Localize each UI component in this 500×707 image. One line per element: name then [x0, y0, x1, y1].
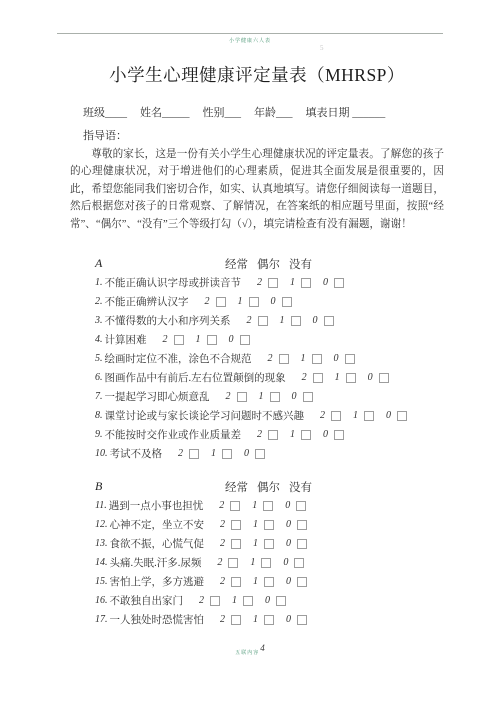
questionnaire-item-row: 3.不懂得数的大小和序列关系 210 — [95, 311, 444, 330]
section-letter: B — [95, 479, 225, 494]
checkbox-never[interactable] — [282, 297, 292, 307]
item-number: 3. — [95, 315, 103, 326]
checkbox-occasionally[interactable] — [207, 335, 217, 345]
form-field-blank: ____ — [105, 107, 127, 119]
rating-value: 0 — [283, 557, 288, 568]
checkbox-often[interactable] — [258, 316, 268, 326]
rating-option-occasionally: 1 — [280, 315, 301, 326]
checkbox-often[interactable] — [268, 278, 278, 288]
rating-option-often: 2 — [226, 391, 247, 402]
rating-value: 0 — [229, 334, 234, 345]
section-letter: A — [95, 256, 225, 271]
item-label: 8.课堂讨论或与家长谈论学习问题时不感兴趣 — [95, 408, 304, 423]
rating-value: 0 — [334, 353, 339, 364]
item-label: 9.不能按时交作业或作业质量差 — [95, 427, 241, 442]
rating-value: 1 — [280, 315, 285, 326]
rating-value: 2 — [163, 334, 168, 345]
rating-value: 2 — [220, 538, 225, 549]
item-label: 15.害怕上学，多方逃避 — [95, 574, 204, 589]
item-text: 食欲不振，心慌气促 — [110, 536, 205, 551]
column-header-occasionally: 偶尔 — [257, 479, 280, 495]
rating-value: 0 — [286, 519, 291, 530]
rating-options: 210 — [220, 576, 319, 587]
item-number: 4. — [95, 334, 103, 345]
rating-option-often: 2 — [220, 576, 241, 587]
faint-page-mark: 5 — [320, 44, 324, 52]
rating-option-occasionally: 1 — [353, 410, 374, 421]
item-text: 遇到一点小事也担忧 — [109, 498, 204, 513]
form-field-label: 姓名 — [140, 107, 162, 119]
rating-value: 0 — [285, 500, 290, 511]
form-field-label: 性别 — [203, 107, 225, 119]
item-number: 13. — [95, 538, 108, 549]
column-header-occasionally: 偶尔 — [257, 256, 280, 272]
rating-value: 1 — [211, 448, 216, 459]
questionnaire-item-row: 15.害怕上学，多方逃避 210 — [95, 572, 444, 591]
rating-option-occasionally: 1 — [252, 500, 273, 511]
item-label: 5.绘画时定位不准，涂色不合规范 — [95, 351, 252, 366]
checkbox-never[interactable] — [297, 520, 307, 530]
item-text: 头痛.失眠.汗多.尿频 — [110, 555, 202, 570]
rating-value: 2 — [220, 576, 225, 587]
item-number: 6. — [95, 372, 103, 383]
document-content: 小学生心理健康评定量表（MHRSP） 班级____姓名_____性别___年龄_… — [70, 62, 444, 629]
checkbox-never[interactable] — [397, 411, 407, 421]
rating-value: 1 — [335, 372, 340, 383]
rating-options: 210 — [199, 595, 298, 606]
rating-option-never: 0 — [271, 296, 292, 307]
rating-options: 210 — [219, 500, 318, 511]
rating-option-occasionally: 1 — [259, 391, 280, 402]
questionnaire-item-row: 7.一提起学习即心烦意乱 210 — [95, 387, 444, 406]
rating-option-occasionally: 1 — [238, 296, 259, 307]
rating-option-occasionally: 1 — [335, 372, 356, 383]
item-label: 10.考试不及格 — [95, 446, 162, 461]
form-field: 年龄___ — [254, 104, 293, 120]
item-text: 不敢独自出家门 — [110, 593, 184, 608]
rating-value: 2 — [220, 614, 225, 625]
item-text: 心神不定，坐立不安 — [110, 517, 205, 532]
checkbox-never[interactable] — [297, 539, 307, 549]
item-label: 2.不能正确辨认汉字 — [95, 294, 189, 309]
form-field-blank: _____ — [162, 107, 190, 119]
questionnaire-item-row: 16.不敢独自出家门 210 — [95, 591, 444, 610]
rating-option-occasionally: 1 — [290, 429, 311, 440]
item-number: 5. — [95, 353, 103, 364]
rating-value: 2 — [247, 315, 252, 326]
checkbox-never[interactable] — [297, 615, 307, 625]
checkbox-often[interactable] — [231, 615, 241, 625]
checkbox-occasionally[interactable] — [364, 411, 374, 421]
form-field: 填表日期 ______ — [306, 104, 386, 120]
checkbox-often[interactable] — [216, 297, 226, 307]
rating-value: 1 — [196, 334, 201, 345]
checkbox-often[interactable] — [228, 558, 238, 568]
rating-value: 1 — [253, 538, 258, 549]
rating-options: 210 — [302, 372, 401, 383]
item-text: 计算困难 — [105, 332, 147, 347]
rating-option-never: 0 — [368, 372, 389, 383]
document-page: 小学健康六人表 5 小学生心理健康评定量表（MHRSP） 班级____姓名___… — [0, 0, 500, 707]
checkbox-often[interactable] — [313, 373, 323, 383]
rating-value: 1 — [253, 614, 258, 625]
rating-column-headers: 经常偶尔没有 — [225, 479, 312, 495]
item-text: 不能按时交作业或作业质量差 — [105, 427, 242, 442]
questionnaire-item-row: 8.课堂讨论或与家长谈论学习问题时不感兴趣 210 — [95, 406, 444, 425]
item-label: 14.头痛.失眠.汗多.尿频 — [95, 555, 201, 570]
checkbox-occasionally[interactable] — [264, 577, 274, 587]
item-number: 1. — [95, 277, 103, 288]
rating-option-never: 0 — [286, 576, 307, 587]
item-number: 15. — [95, 576, 108, 587]
form-field: 班级____ — [83, 104, 127, 120]
questionnaire-item-row: 1.不能正确认识字母或拼读音节 210 — [95, 273, 444, 292]
rating-option-never: 0 — [265, 595, 286, 606]
questionnaire-item-row: 12.心神不定，坐立不安 210 — [95, 515, 444, 534]
item-label: 6.图画作品中有前后.左右位置颠倒的现象 — [95, 370, 286, 385]
item-number: 10. — [95, 448, 108, 459]
checkbox-occasionally[interactable] — [243, 596, 253, 606]
questionnaire-item-row: 14.头痛.失眠.汗多.尿频 210 — [95, 553, 444, 572]
rating-value: 1 — [290, 277, 295, 288]
rating-value: 0 — [313, 315, 318, 326]
checkbox-often[interactable] — [189, 449, 199, 459]
rating-value: 1 — [301, 353, 306, 364]
checkbox-never[interactable] — [379, 373, 389, 383]
page-title: 小学生心理健康评定量表（MHRSP） — [70, 62, 444, 87]
rating-option-often: 2 — [220, 538, 241, 549]
column-header-often: 经常 — [225, 256, 248, 272]
checkbox-never[interactable] — [334, 278, 344, 288]
item-number: 8. — [95, 410, 103, 421]
rating-option-often: 2 — [320, 410, 341, 421]
question-section: A 经常偶尔没有 1.不能正确认识字母或拼读音节 210 2.不能正确辨认汉字 … — [95, 254, 444, 463]
form-fields-line: 班级____姓名_____性别___年龄___填表日期 ______ — [83, 104, 444, 120]
top-watermark: 小学健康六人表 — [0, 29, 500, 47]
rating-option-often: 2 — [302, 372, 323, 383]
rating-option-often: 2 — [219, 500, 240, 511]
rating-value: 0 — [271, 296, 276, 307]
item-text: 一提起学习即心烦意乱 — [105, 389, 210, 404]
column-header-often: 经常 — [225, 479, 248, 495]
item-label: 16.不敢独自出家门 — [95, 593, 183, 608]
checkbox-occasionally[interactable] — [222, 449, 232, 459]
item-text: 考试不及格 — [110, 446, 163, 461]
questionnaire-item-row: 10.考试不及格 210 — [95, 444, 444, 463]
checkbox-never[interactable] — [297, 577, 307, 587]
rating-option-never: 0 — [229, 334, 250, 345]
rating-option-never: 0 — [286, 538, 307, 549]
rating-options: 210 — [220, 538, 319, 549]
rating-option-occasionally: 1 — [253, 538, 274, 549]
form-field-blank: ___ — [276, 107, 293, 119]
item-number: 2. — [95, 296, 103, 307]
rating-value: 0 — [292, 391, 297, 402]
item-text: 一人独处时恐慌害怕 — [110, 612, 205, 627]
rating-option-never: 0 — [285, 500, 306, 511]
rating-option-never: 0 — [283, 557, 304, 568]
rating-option-never: 0 — [286, 519, 307, 530]
item-label: 13.食欲不振，心慌气促 — [95, 536, 204, 551]
checkbox-occasionally[interactable] — [312, 354, 322, 364]
checkbox-never[interactable] — [276, 596, 286, 606]
item-text: 不能正确辨认汉字 — [105, 294, 189, 309]
rating-option-occasionally: 1 — [232, 595, 253, 606]
checkbox-often[interactable] — [268, 430, 278, 440]
rating-options: 210 — [247, 315, 346, 326]
rating-option-often: 2 — [163, 334, 184, 345]
item-number: 7. — [95, 391, 103, 402]
rating-options: 210 — [217, 557, 316, 568]
rating-value: 2 — [257, 277, 262, 288]
rating-value: 1 — [238, 296, 243, 307]
rating-value: 0 — [323, 429, 328, 440]
form-field-label: 填表日期 — [306, 107, 350, 119]
rating-value: 1 — [290, 429, 295, 440]
rating-value: 0 — [286, 576, 291, 587]
rating-value: 0 — [386, 410, 391, 421]
column-header-never: 没有 — [289, 256, 312, 272]
rating-option-occasionally: 1 — [290, 277, 311, 288]
form-field-blank: ______ — [350, 107, 386, 119]
bottom-watermark-text: 五联内容 — [235, 650, 259, 656]
checkbox-often[interactable] — [331, 411, 341, 421]
section-header: A 经常偶尔没有 — [95, 254, 444, 273]
item-text: 图画作品中有前后.左右位置颠倒的现象 — [105, 370, 286, 385]
question-section: B 经常偶尔没有 11.遇到一点小事也担忧 210 12.心神不定，坐立不安 2… — [95, 477, 444, 629]
checkbox-occasionally[interactable] — [301, 278, 311, 288]
rating-value: 1 — [250, 557, 255, 568]
checkbox-often[interactable] — [231, 539, 241, 549]
item-number: 17. — [95, 614, 108, 625]
rating-options: 210 — [268, 353, 367, 364]
rating-option-occasionally: 1 — [301, 353, 322, 364]
form-field-blank: ___ — [225, 107, 242, 119]
rating-value: 2 — [217, 557, 222, 568]
guide-label: 指导语： — [83, 127, 444, 143]
rating-options: 210 — [220, 519, 319, 530]
rating-option-never: 0 — [323, 429, 344, 440]
checkbox-occasionally[interactable] — [263, 501, 273, 511]
rating-value: 1 — [259, 391, 264, 402]
rating-value: 0 — [286, 538, 291, 549]
rating-option-never: 0 — [386, 410, 407, 421]
rating-option-never: 0 — [313, 315, 334, 326]
checkbox-occasionally[interactable] — [346, 373, 356, 383]
rating-option-often: 2 — [247, 315, 268, 326]
rating-value: 2 — [220, 519, 225, 530]
rating-value: 0 — [286, 614, 291, 625]
rating-option-often: 2 — [178, 448, 199, 459]
checkbox-often[interactable] — [237, 392, 247, 402]
checkbox-occasionally[interactable] — [261, 558, 271, 568]
rating-options: 210 — [257, 277, 356, 288]
checkbox-occasionally[interactable] — [249, 297, 259, 307]
rating-options: 210 — [163, 334, 262, 345]
item-number: 12. — [95, 519, 108, 530]
bottom-watermark-mark: 4 — [260, 643, 265, 653]
checkbox-often[interactable] — [279, 354, 289, 364]
item-number: 11. — [95, 500, 107, 511]
rating-option-never: 0 — [292, 391, 313, 402]
item-label: 12.心神不定，坐立不安 — [95, 517, 204, 532]
guide-text: 尊敬的家长，这是一份有关小学生心理健康状况的评定量表。了解您的孩子的心理健康状况… — [70, 146, 444, 233]
form-field-label: 班级 — [83, 107, 105, 119]
rating-value: 2 — [320, 410, 325, 421]
form-field-label: 年龄 — [254, 107, 276, 119]
questionnaire-item-row: 9.不能按时交作业或作业质量差 210 — [95, 425, 444, 444]
rating-option-often: 2 — [199, 595, 220, 606]
rating-option-often: 2 — [220, 519, 241, 530]
rating-option-often: 2 — [268, 353, 289, 364]
checkbox-often[interactable] — [210, 596, 220, 606]
section-rows: 1.不能正确认识字母或拼读音节 210 2.不能正确辨认汉字 210 3.不懂得… — [95, 273, 444, 463]
checkbox-occasionally[interactable] — [301, 430, 311, 440]
rating-value: 1 — [353, 410, 358, 421]
questionnaire-item-row: 11.遇到一点小事也担忧 210 — [95, 496, 444, 515]
item-label: 3.不懂得数的大小和序列关系 — [95, 313, 231, 328]
rating-option-occasionally: 1 — [196, 334, 217, 345]
item-text: 不能正确认识字母或拼读音节 — [105, 275, 242, 290]
rating-value: 1 — [253, 576, 258, 587]
rating-value: 2 — [219, 500, 224, 511]
questionnaire-item-row: 2.不能正确辨认汉字 210 — [95, 292, 444, 311]
rating-option-often: 2 — [257, 429, 278, 440]
item-number: 16. — [95, 595, 108, 606]
rating-value: 0 — [265, 595, 270, 606]
item-label: 17.一人独处时恐慌害怕 — [95, 612, 204, 627]
item-text: 害怕上学，多方逃避 — [110, 574, 205, 589]
bottom-watermark: 五联内容4 — [0, 641, 500, 659]
rating-option-occasionally: 1 — [253, 519, 274, 530]
item-label: 11.遇到一点小事也担忧 — [95, 498, 203, 513]
section-header: B 经常偶尔没有 — [95, 477, 444, 496]
checkbox-never[interactable] — [255, 449, 265, 459]
top-watermark-text: 小学健康六人表 — [224, 37, 276, 45]
checkbox-never[interactable] — [334, 430, 344, 440]
rating-option-often: 2 — [220, 614, 241, 625]
checkbox-occasionally[interactable] — [264, 615, 274, 625]
checkbox-never[interactable] — [303, 392, 313, 402]
questionnaire-item-row: 4.计算困难 210 — [95, 330, 444, 349]
rating-value: 1 — [252, 500, 257, 511]
rating-options: 210 — [320, 410, 419, 421]
rating-option-never: 0 — [286, 614, 307, 625]
rating-value: 2 — [268, 353, 273, 364]
checkbox-often[interactable] — [230, 501, 240, 511]
item-text: 课堂讨论或与家长谈论学习问题时不感兴趣 — [105, 408, 305, 423]
rating-value: 2 — [257, 429, 262, 440]
rating-option-often: 2 — [217, 557, 238, 568]
rating-column-headers: 经常偶尔没有 — [225, 256, 312, 272]
item-label: 4.计算困难 — [95, 332, 147, 347]
rating-option-occasionally: 1 — [211, 448, 232, 459]
checkbox-never[interactable] — [345, 354, 355, 364]
rating-option-never: 0 — [323, 277, 344, 288]
rating-option-often: 2 — [257, 277, 278, 288]
rating-value: 2 — [199, 595, 204, 606]
rating-value: 1 — [253, 519, 258, 530]
rating-option-never: 0 — [334, 353, 355, 364]
rating-value: 2 — [178, 448, 183, 459]
item-label: 1.不能正确认识字母或拼读音节 — [95, 275, 241, 290]
form-field: 姓名_____ — [140, 104, 190, 120]
rating-value: 0 — [323, 277, 328, 288]
rating-option-occasionally: 1 — [250, 557, 271, 568]
section-rows: 11.遇到一点小事也担忧 210 12.心神不定，坐立不安 210 13.食欲不… — [95, 496, 444, 629]
rating-value: 2 — [226, 391, 231, 402]
rating-value: 2 — [205, 296, 210, 307]
item-number: 9. — [95, 429, 103, 440]
item-number: 14. — [95, 557, 108, 568]
rating-options: 210 — [226, 391, 325, 402]
rating-value: 1 — [232, 595, 237, 606]
questionnaire-item-row: 6.图画作品中有前后.左右位置颠倒的现象 210 — [95, 368, 444, 387]
rating-options: 210 — [257, 429, 356, 440]
checkbox-occasionally[interactable] — [264, 520, 274, 530]
questionnaire-item-row: 5.绘画时定位不准，涂色不合规范 210 — [95, 349, 444, 368]
questionnaire-item-row: 13.食欲不振，心慌气促 210 — [95, 534, 444, 553]
checkbox-often[interactable] — [231, 577, 241, 587]
rating-value: 0 — [244, 448, 249, 459]
checkbox-occasionally[interactable] — [270, 392, 280, 402]
rating-value: 0 — [368, 372, 373, 383]
rating-options: 210 — [178, 448, 277, 459]
checkbox-often[interactable] — [231, 520, 241, 530]
column-header-never: 没有 — [289, 479, 312, 495]
form-field: 性别___ — [203, 104, 242, 120]
item-text: 绘画时定位不准，涂色不合规范 — [105, 351, 252, 366]
checkbox-occasionally[interactable] — [291, 316, 301, 326]
questionnaire-item-row: 17.一人独处时恐慌害怕 210 — [95, 610, 444, 629]
checkbox-never[interactable] — [296, 501, 306, 511]
rating-option-never: 0 — [244, 448, 265, 459]
item-label: 7.一提起学习即心烦意乱 — [95, 389, 210, 404]
checkbox-occasionally[interactable] — [264, 539, 274, 549]
questionnaire-sections: A 经常偶尔没有 1.不能正确认识字母或拼读音节 210 2.不能正确辨认汉字 … — [95, 254, 444, 629]
rating-options: 210 — [205, 296, 304, 307]
rating-option-occasionally: 1 — [253, 576, 274, 587]
rating-option-often: 2 — [205, 296, 226, 307]
checkbox-never[interactable] — [294, 558, 304, 568]
checkbox-often[interactable] — [174, 335, 184, 345]
checkbox-never[interactable] — [324, 316, 334, 326]
rating-value: 2 — [302, 372, 307, 383]
rating-options: 210 — [220, 614, 319, 625]
item-text: 不懂得数的大小和序列关系 — [105, 313, 231, 328]
rating-option-occasionally: 1 — [253, 614, 274, 625]
checkbox-never[interactable] — [240, 335, 250, 345]
